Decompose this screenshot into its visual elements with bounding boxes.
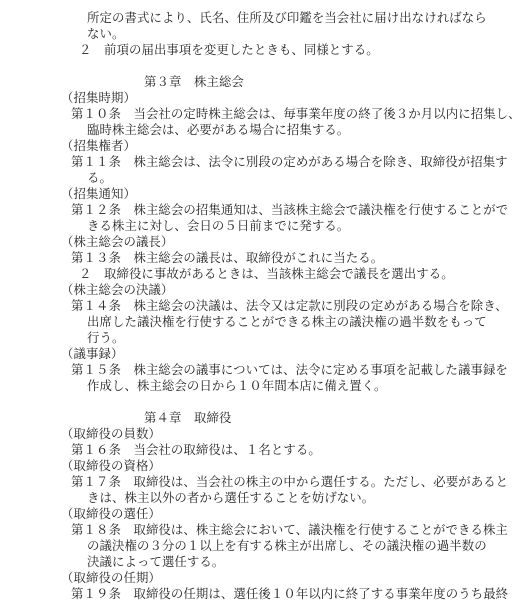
document-line-chapter: 第４章 取締役	[0, 410, 521, 426]
document-page: 所定の書式により、氏名、住所及び印鑑を当会社に届け出なければならない。２ 前項の…	[0, 0, 521, 605]
document-line-sub: ２ 前項の届出事項を変更したときも、同様とする。	[0, 42, 521, 58]
document-line-heading: （取締役の資格）	[0, 458, 521, 474]
document-line-heading: （取締役の任期）	[0, 570, 521, 586]
document-line-heading: （取締役の選任）	[0, 506, 521, 522]
document-line-article: 第１９条 取締役の任期は、選任後１０年以内に終了する事業年度のうち最終	[0, 586, 521, 602]
document-line-sub: ２ 取締役に事故があるときは、当該株主総会で議長を選出する。	[0, 266, 521, 282]
blank-line	[0, 58, 521, 74]
document-line-article: 第１６条 当会社の取締役は、１名とする。	[0, 442, 521, 458]
document-line-heading: （招集時期）	[0, 90, 521, 106]
document-line-cont: 行う。	[0, 330, 521, 346]
document-line-cont: きる株主に対し、会日の５日前までに発する。	[0, 218, 521, 234]
document-line-article: 第１１条 株主総会は、法令に別段の定めがある場合を除き、取締役が招集す	[0, 154, 521, 170]
document-line-heading: （招集通知）	[0, 186, 521, 202]
document-line-heading: （株主総会の決議）	[0, 282, 521, 298]
document-line-article: 第１３条 株主総会の議長は、取締役がこれに当たる。	[0, 250, 521, 266]
document-line-cont: る。	[0, 170, 521, 186]
document-line-cont: きは、株主以外の者から選任することを妨げない。	[0, 490, 521, 506]
document-line-article: 第１５条 株主総会の議事については、法令に定める事項を記載した議事録を	[0, 362, 521, 378]
document-line-cont: の議決権の３分の１以上を有する株主が出席し、その議決権の過半数の	[0, 538, 521, 554]
document-line-article: 第１８条 取締役は、株主総会において、議決権を行使することができる株主	[0, 522, 521, 538]
document-line-cont: 決議によって選任する。	[0, 554, 521, 570]
document-line-article: 第１０条 当会社の定時株主総会は、毎事業年度の終了後３か月以内に招集し、	[0, 106, 521, 122]
document-line-cont: 出席した議決権を行使することができる株主の議決権の過半数をもって	[0, 314, 521, 330]
document-line-article: 第１４条 株主総会の決議は、法令又は定款に別段の定めがある場合を除き、	[0, 298, 521, 314]
document-body: 所定の書式により、氏名、住所及び印鑑を当会社に届け出なければならない。２ 前項の…	[0, 0, 521, 602]
document-line-article: 第１２条 株主総会の招集通知は、当該株主総会で議決権を行使することがで	[0, 202, 521, 218]
document-line-heading: （株主総会の議長）	[0, 234, 521, 250]
document-line-cont: ない。	[0, 26, 521, 42]
document-line-heading: （招集権者）	[0, 138, 521, 154]
document-line-cont: 臨時株主総会は、必要がある場合に招集する。	[0, 122, 521, 138]
document-line-article: 第１７条 取締役は、当会社の株主の中から選任する。ただし、必要があると	[0, 474, 521, 490]
blank-line	[0, 394, 521, 410]
document-line-cont: 所定の書式により、氏名、住所及び印鑑を当会社に届け出なければなら	[0, 10, 521, 26]
document-line-chapter: 第３章 株主総会	[0, 74, 521, 90]
document-line-heading: （取締役の員数）	[0, 426, 521, 442]
document-line-heading: （議事録）	[0, 346, 521, 362]
document-line-cont: 作成し、株主総会の日から１０年間本店に備え置く。	[0, 378, 521, 394]
